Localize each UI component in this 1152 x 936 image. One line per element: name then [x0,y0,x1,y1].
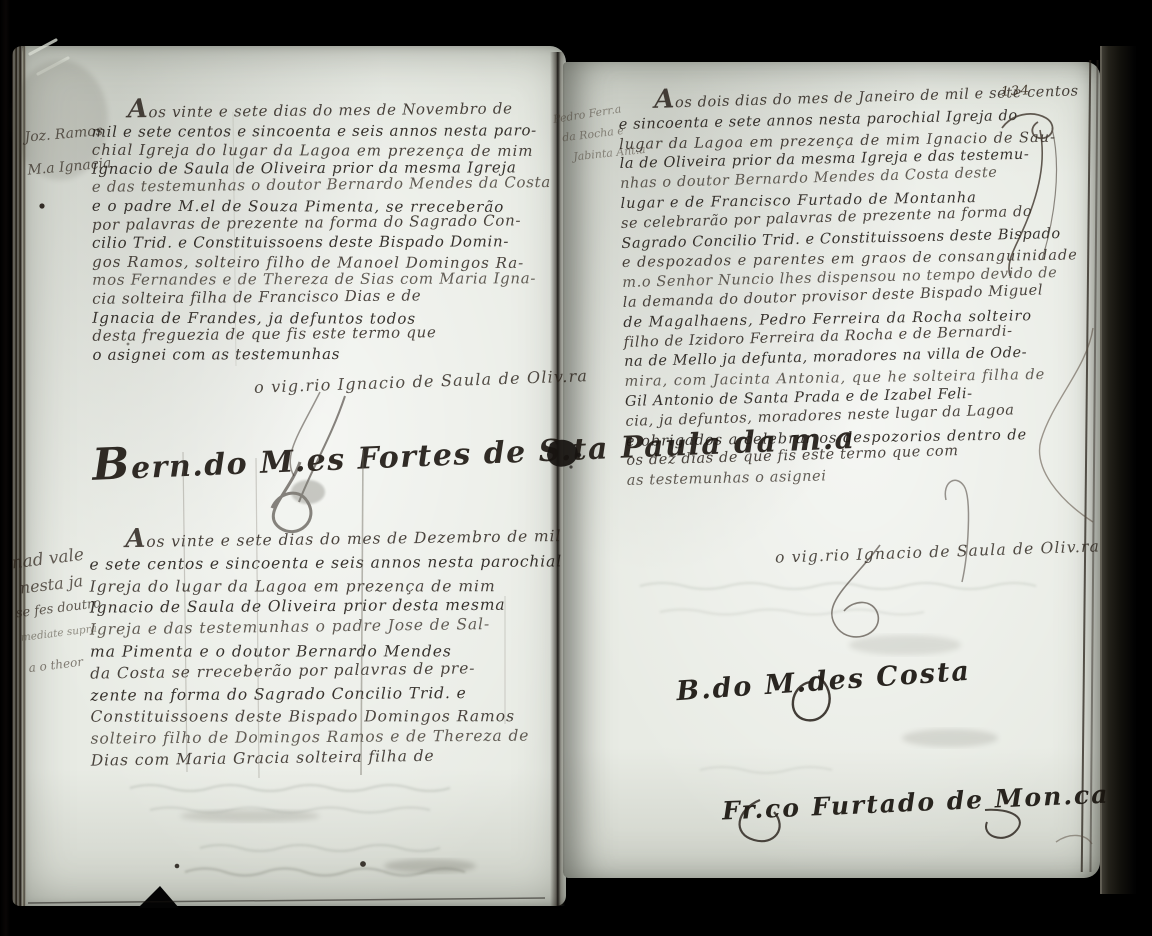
left-entry-1: Aos vinte e sete dias do mes de Novembro… [92,99,555,364]
manuscript-line: Aos vinte e sete dias do mes de Dezembro… [89,523,555,554]
film-background: 134 Joz. Ramos M.a Ignacia Aos vinte e s… [0,0,1152,936]
manuscript-line: o asignei com as testemunhas [92,344,554,364]
manuscript-line: gos Ramos, solteiro filho de Manoel Domi… [92,253,554,273]
manuscript-line: e sete centos e sincoenta e seis annos n… [89,551,555,576]
manuscript-line: Constituissoens deste Bispado Domingos R… [90,707,556,729]
manuscript-line: zente na forma do Sagrado Concilio Trid.… [90,682,556,707]
right-entry: Aos dois dias do mes de Janeiro de mil e… [618,81,1099,492]
manuscript-line: desta freguezia de que fis este termo qu… [92,322,554,345]
manuscript-line: Aos vinte e sete dias do mes de Novembro… [91,96,553,122]
manuscript-line: cilio Trid. e Constituissoens deste Bisp… [92,232,554,252]
book-fore-edge [1100,46,1136,894]
manuscript-line: cia solteira filha de Francisco Dias e d… [92,285,554,308]
manuscript-line: chial Igreja do lugar da Lagoa em prezen… [92,141,554,161]
manuscript-line: mil e sete centos e sincoenta e seis ann… [92,121,554,141]
manuscript-line: e das testemunhas o doutor Bernardo Mend… [92,173,554,196]
manuscript-line: Igreja do lugar da Lagoa em prezença de … [90,576,556,598]
left-entry-2: Aos vinte e sete dias do mes de Dezembro… [89,526,557,772]
